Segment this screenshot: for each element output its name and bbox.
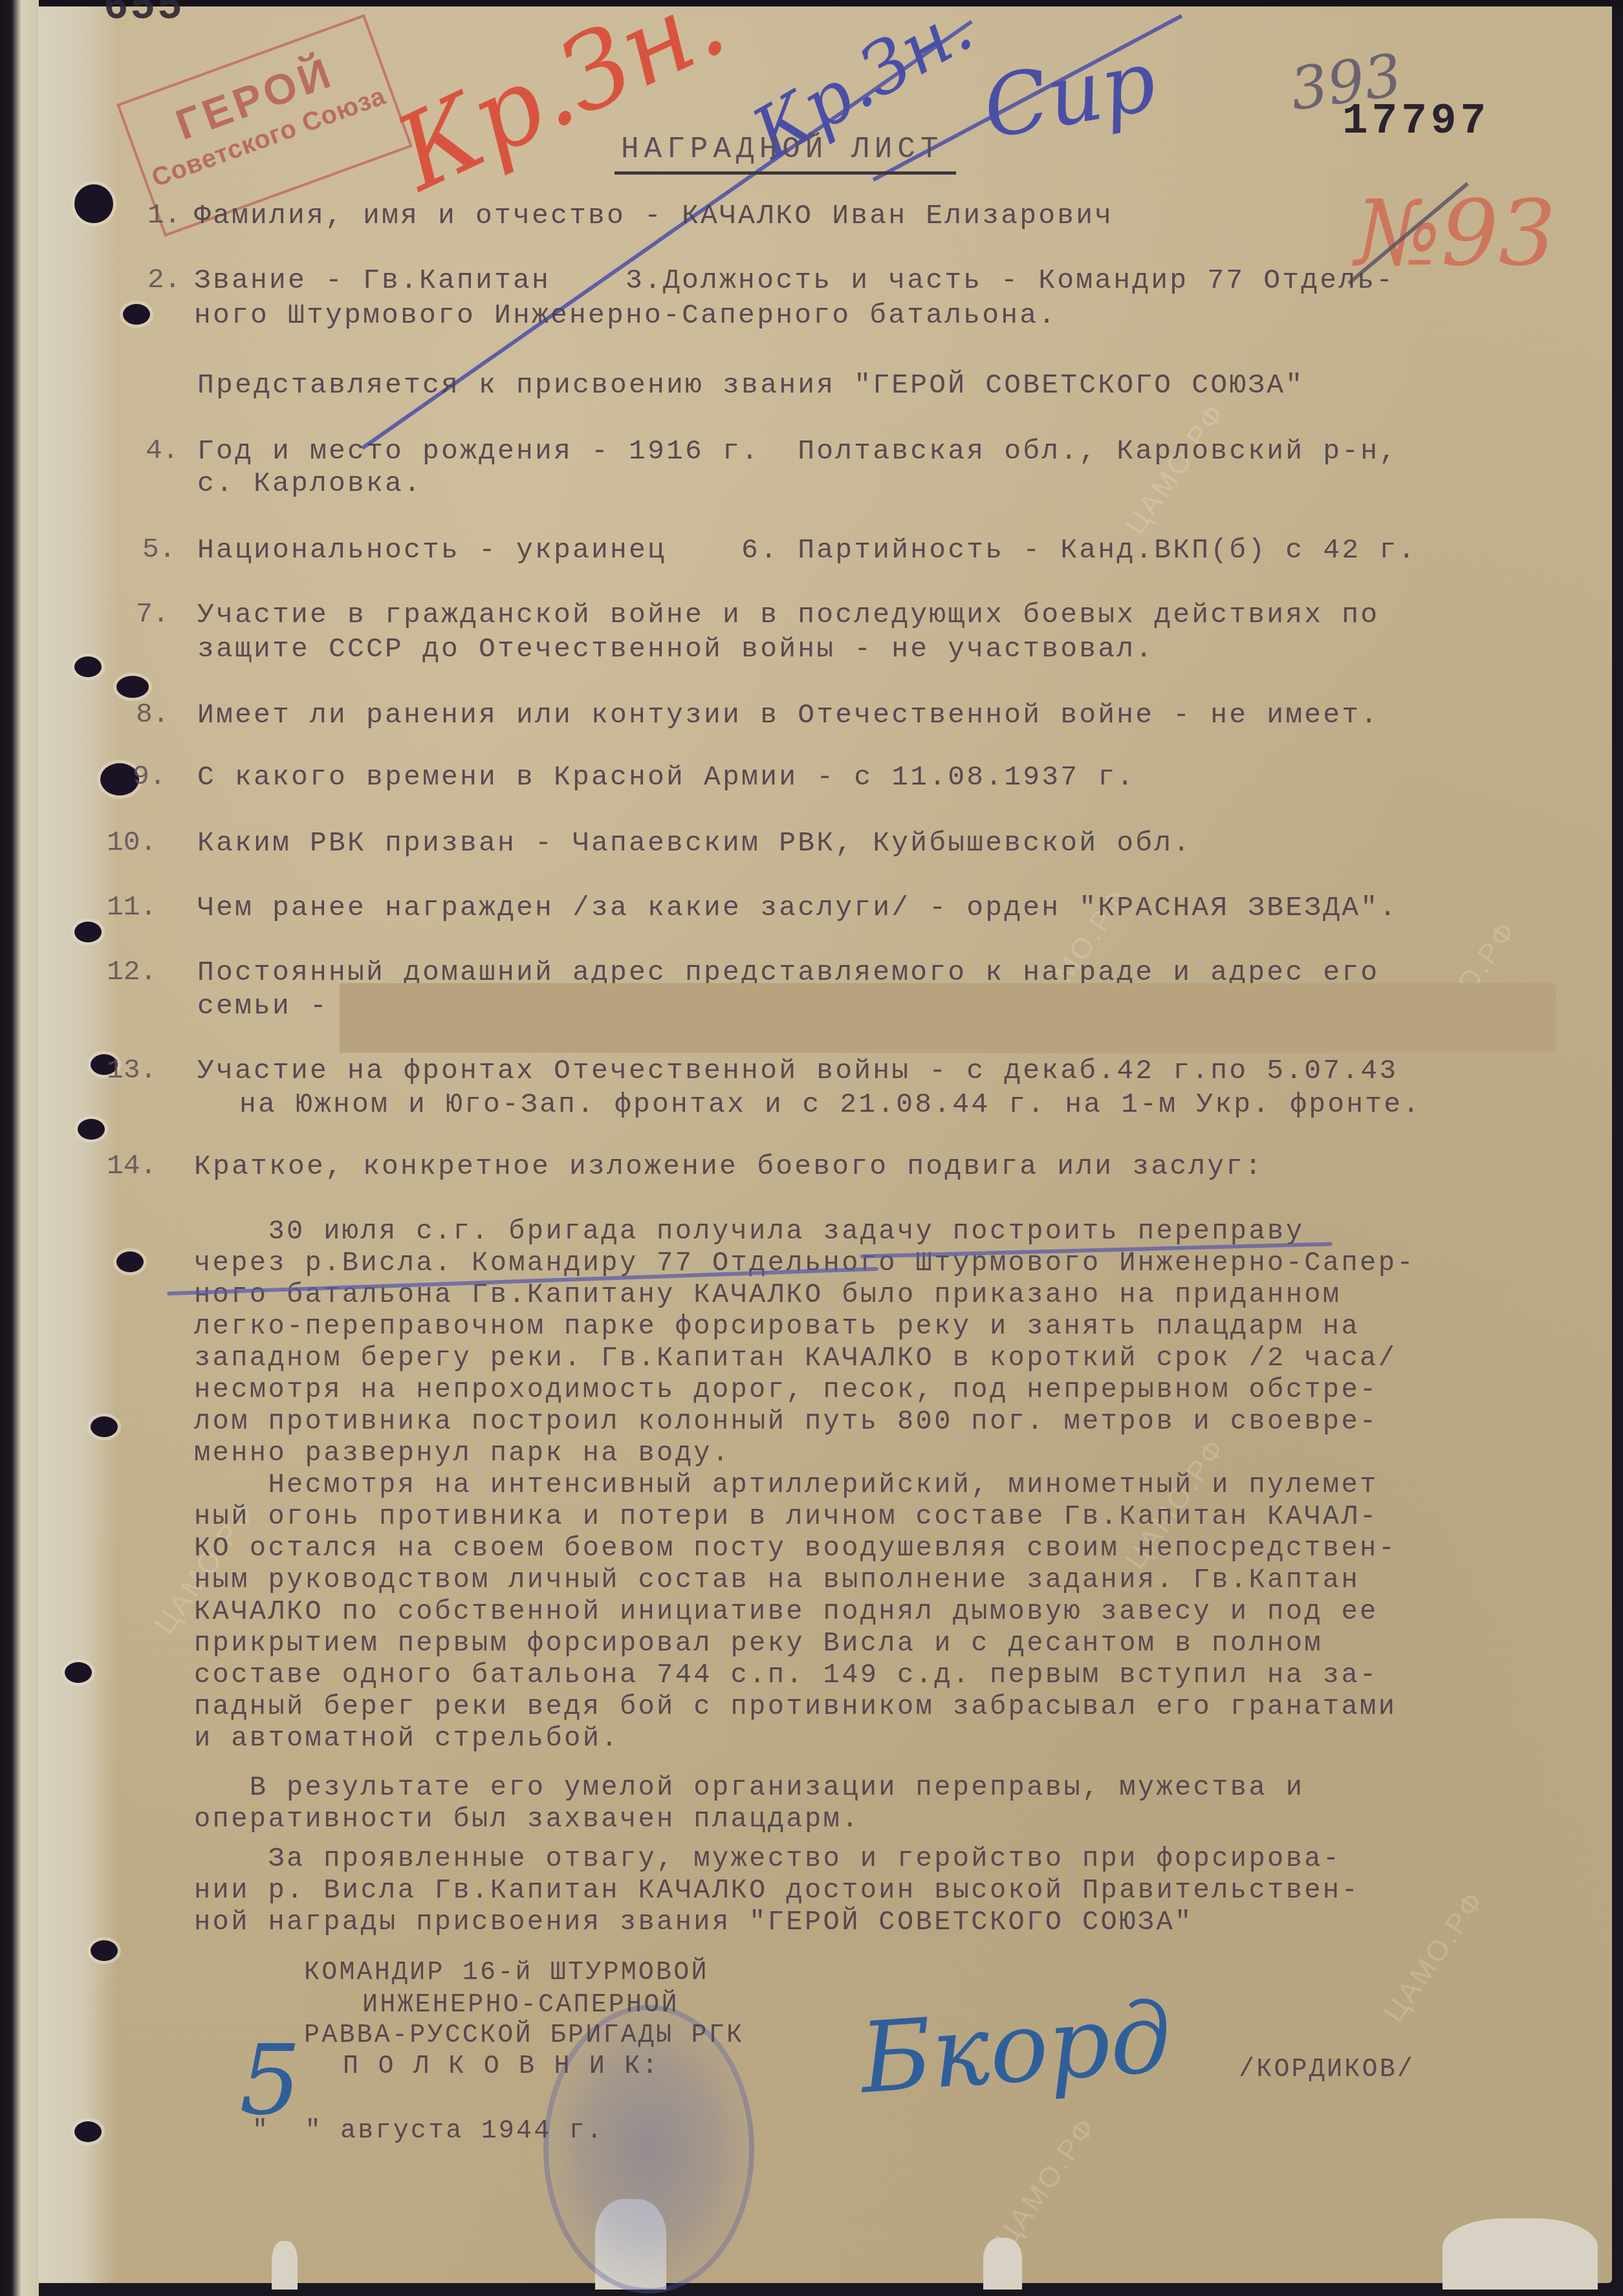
signer-unit-line: КОМАНДИР 16-й ШТУРМОВОЙ [304,1956,709,1990]
narrative-line: западном берегу реки. Гв.Капитан КАЧАЛКО… [194,1343,1397,1374]
field-text: Чем ранее награжден /за какие заслуги/ -… [197,891,1398,925]
document-date: " " августа 1944 г. [252,2115,604,2149]
narrative-line: ным руководством личный состав на выполн… [194,1565,1360,1596]
scan-left-edge [0,0,39,2296]
narrative-line: через р.Висла. Командиру 77 Отдельного Ш… [194,1248,1415,1279]
signer-rank: П О Л К О В Н И К: [343,2050,660,2084]
field-text: Участие в гражданской войне и в последую… [197,598,1379,632]
binding-hole [74,2121,102,2142]
narrative-line: составе одного батальона 744 с.п. 149 с.… [194,1660,1378,1691]
document-title: НАГРАДНОЙ ЛИСТ [615,133,956,175]
narrative-line: КАЧАЛКО по собственной инициативе поднял… [194,1596,1378,1628]
binding-hole [116,676,149,698]
paper-tear [1443,2218,1598,2290]
narrative-line: прикрытием первым форсировал реку Висла … [194,1628,1323,1660]
binding-hole [74,656,102,677]
archive-sheet-number: 655 [103,0,184,25]
narrative-line: и автоматной стрельбой. [194,1723,620,1755]
narrative-line: лом противника построил колонный путь 80… [194,1406,1378,1438]
field-text: Имеет ли ранения или контузии в Отечеств… [197,699,1379,732]
field-number: 1. [147,199,181,231]
field-text: Каким РВК призван - Чапаевским РВК, Куйб… [197,827,1192,860]
field-number: 9. [133,761,166,792]
narrative-line: несмотря на непроходимость дорог, песок,… [194,1374,1378,1406]
field-number: 14. [107,1150,157,1182]
field-number: 2. [147,264,181,296]
narrative-line: нии р. Висла Гв.Капитан КАЧАЛКО достоин … [194,1875,1360,1907]
binding-hole [123,304,150,325]
field-text: защите СССР до Отечественной войны - не … [197,633,1154,666]
signer-name: /КОРДИКОВ/ [1239,2053,1415,2087]
field-number: 12. [107,956,157,988]
field-number: 8. [136,699,169,730]
binding-hole [74,922,102,942]
signer-unit-line: ИНЖЕНЕРНО-САПЕРНОЙ [362,1989,679,2022]
narrative-line: ной награды присвоения звания "ГЕРОЙ СОВ… [194,1907,1193,1938]
field-number: 7. [136,598,169,630]
binding-hole [65,1662,92,1683]
field-text: ного Штурмового Инженерно-Саперного бата… [194,299,1057,332]
redacted-address-block [340,983,1556,1053]
field-text: С какого времени в Красной Армии - с 11.… [197,761,1135,794]
stamped-registry-number: 17797 [1342,97,1490,146]
narrative-line: Несмотря на интенсивный артиллерийский, … [194,1469,1378,1501]
narrative-line: менно развернул парк на воду. [194,1438,731,1469]
field-text: на Южном и Юго-Зап. фронтах и с 21.08.44… [239,1088,1421,1121]
narrative-line: КО остался на своем боевом посту воодуше… [194,1533,1397,1565]
narrative-line: оперативности был захвачен плацдарм. [194,1804,860,1836]
handwritten-signature: Бкорд [857,1981,1175,2115]
field-number: 5. [142,534,176,565]
narrative-line: падный берег реки ведя бой с противником… [194,1691,1397,1723]
narrative-line: За проявленные отвагу, мужество и геройс… [194,1843,1341,1875]
narrative-line: В результате его умелой организации пере… [194,1772,1304,1804]
narrative-line: 30 июля с.г. бригада получила задачу пос… [194,1216,1304,1248]
field-text: Краткое, конкретное изложение боевого по… [194,1150,1263,1184]
field-number: 13. [107,1054,157,1086]
field-text: с. Карловка. [197,467,422,501]
field-text: Звание - Гв.Капитан 3.Должность и часть … [194,264,1395,298]
binding-hole [91,1416,118,1437]
narrative-line: легко-переправочном парке форсировать ре… [194,1311,1360,1343]
field-number: 10. [107,827,157,858]
paper-tear [272,2241,298,2290]
award-sheet-paper [34,6,1612,2283]
field-text: Национальность - украинец 6. Партийность… [197,534,1417,567]
narrative-line: ный огонь противника и потери в личном с… [194,1501,1378,1533]
binding-hole [78,1119,105,1140]
narrative-line: ного батальона Гв.Капитану КАЧАЛКО было … [194,1279,1341,1311]
field-text: Участие на фронтах Отечественной войны -… [197,1054,1398,1088]
signer-unit-line: РАВВА-РУССКОЙ БРИГАДЫ РГК [304,2019,744,2053]
binding-hole [74,184,113,223]
field-text: Фамилия, имя и отчество - КАЧАЛКО Иван Е… [194,199,1113,233]
binding-hole [116,1251,144,1272]
field-text: Представляется к присвоению звания "ГЕРО… [197,369,1304,402]
binding-hole [91,1940,118,1961]
paper-tear [983,2238,1022,2290]
field-text: семьи - [197,990,329,1023]
field-text: Год и место рождения - 1916 г. Полтавска… [197,435,1398,468]
field-number: 11. [107,891,157,923]
field-number: 4. [146,435,179,466]
